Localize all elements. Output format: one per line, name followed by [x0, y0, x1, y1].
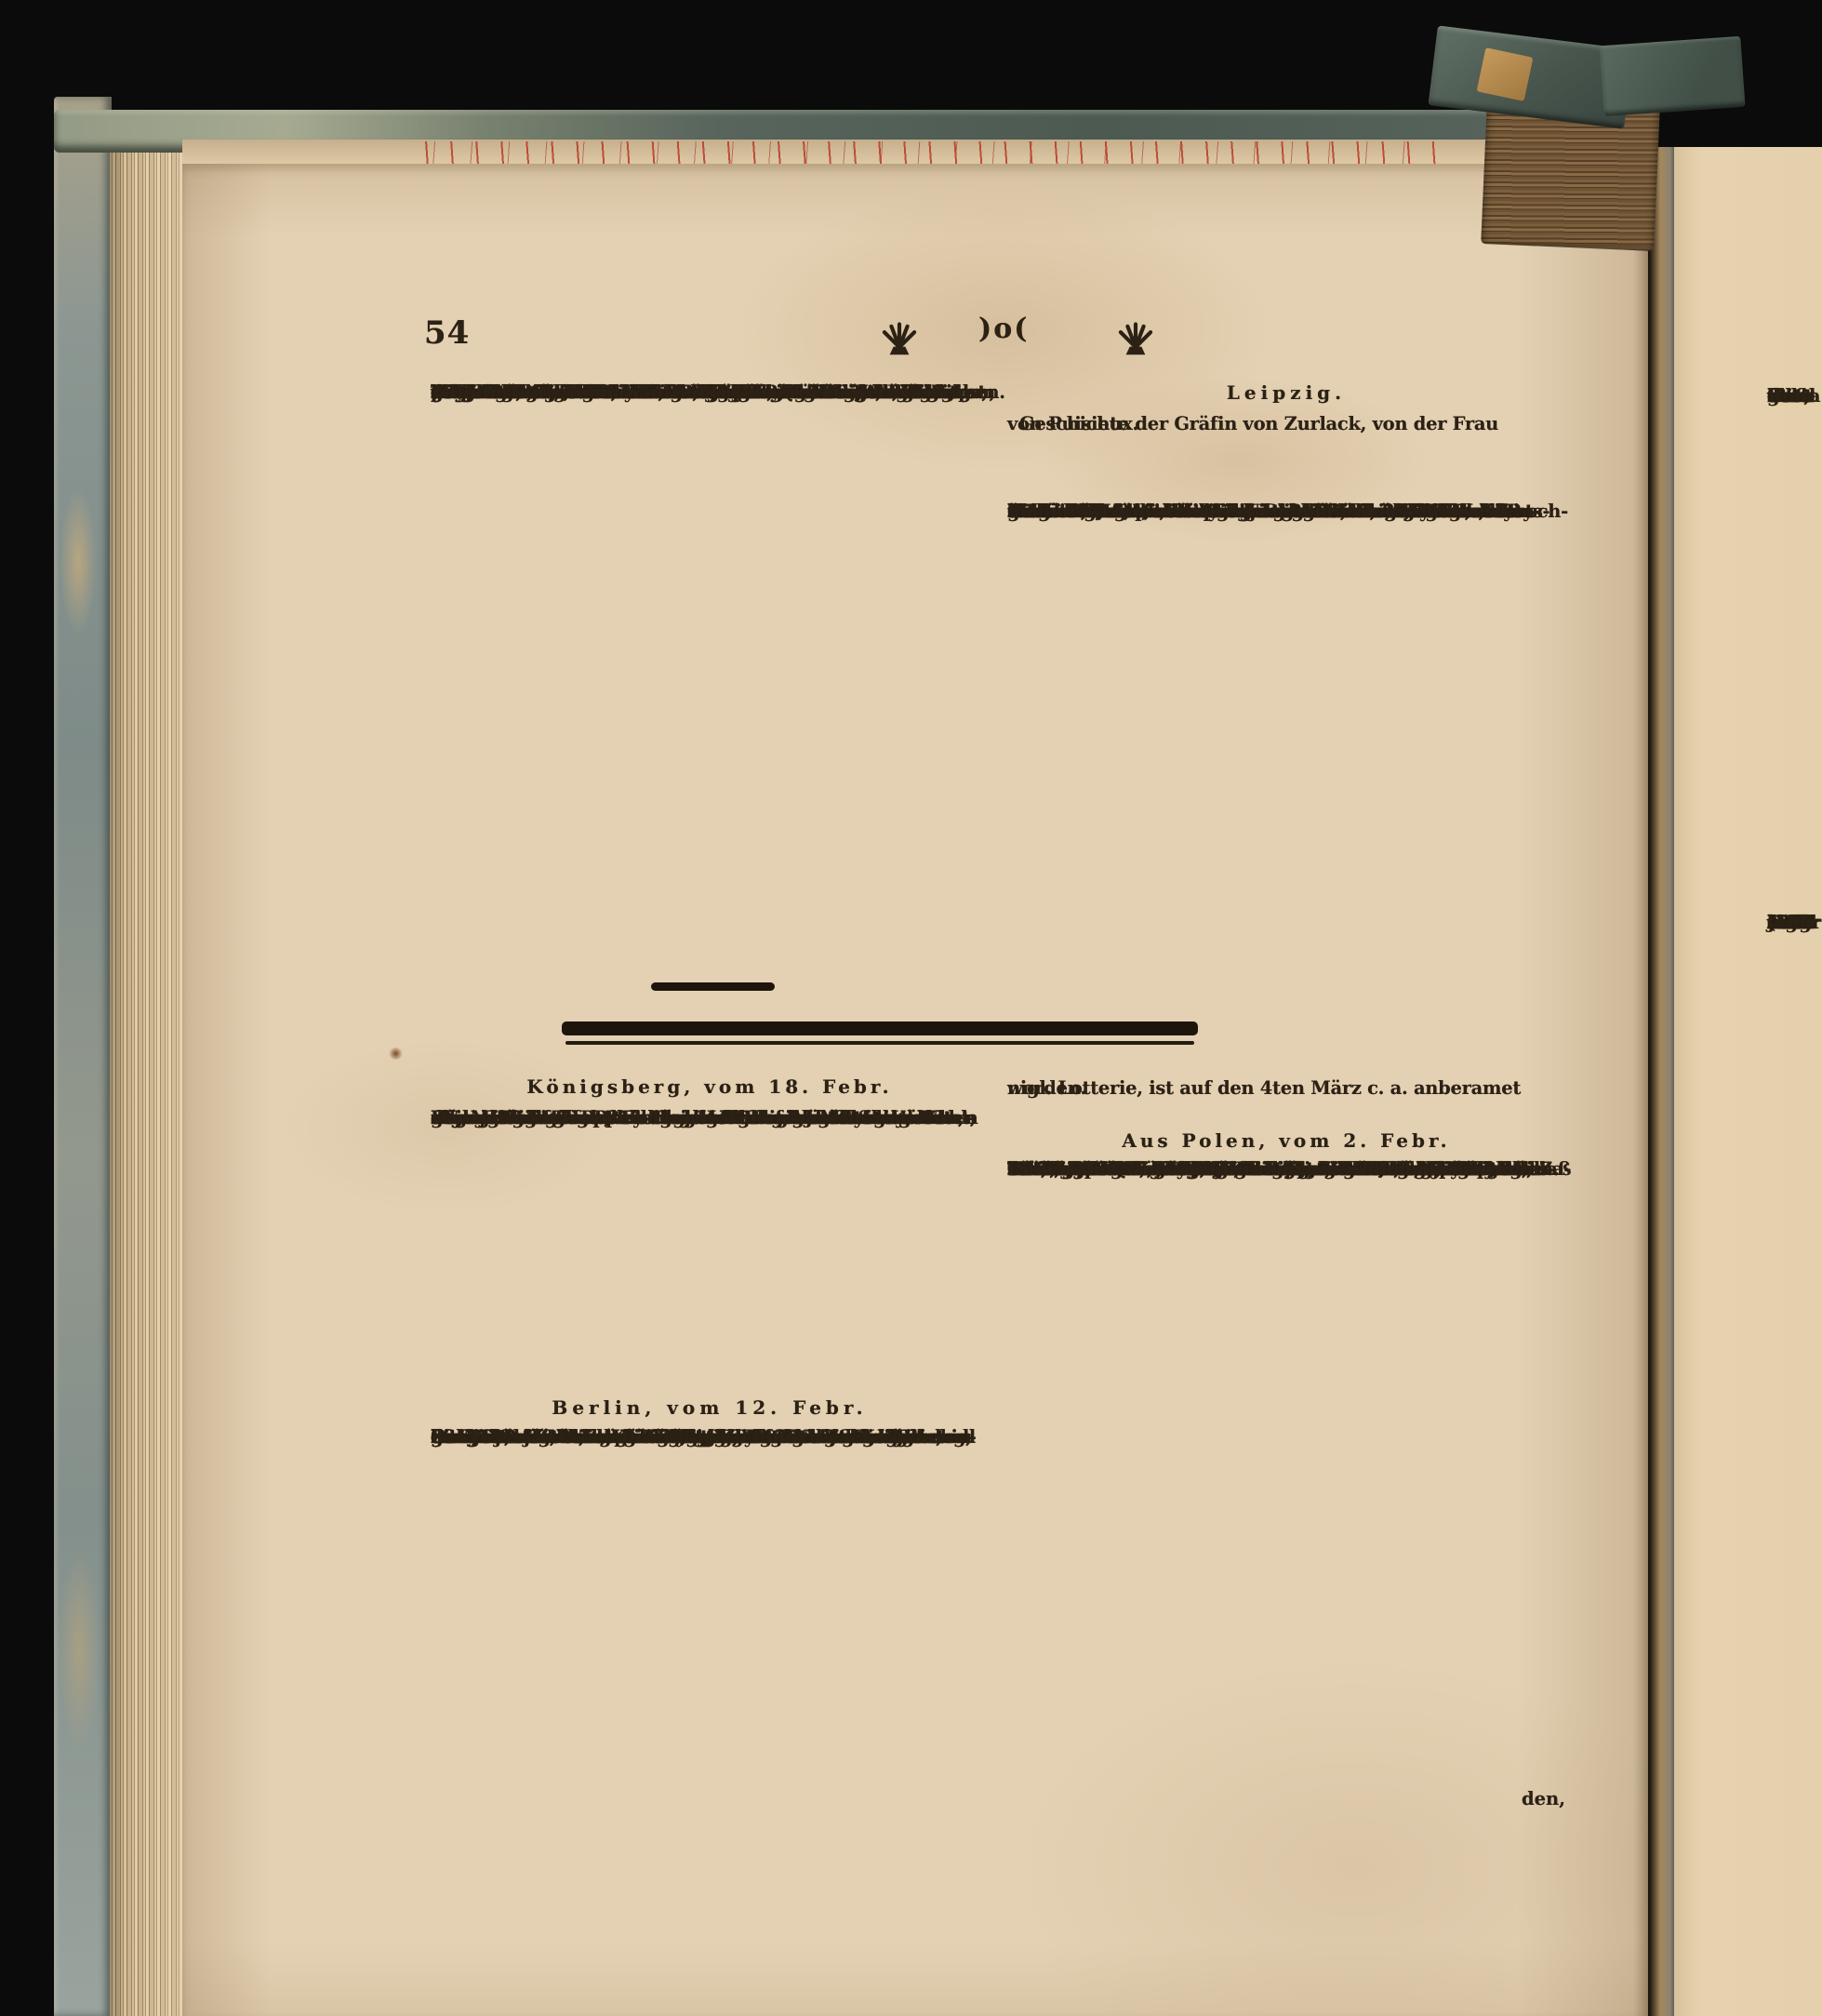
text-line: fang [1767, 910, 1812, 937]
heading-aus-polen: Aus Polen, vom 2. Febr. [1007, 1129, 1565, 1152]
heading-berlin: Berlin, vom 12. Febr. [431, 1396, 989, 1419]
scallop-ornament-icon [1114, 320, 1157, 357]
text-line: lichen Natur widersprechend gerathen sey… [1007, 499, 1522, 526]
text-line: von Puisieux. [1007, 411, 1138, 438]
cover-wear-patch [58, 1548, 100, 1753]
catchword: den, [1007, 1788, 1565, 1809]
text-line: 27 gr. [1007, 499, 1064, 526]
paper-stain [389, 1048, 403, 1060]
cover-board-corner [1477, 47, 1534, 101]
next-page-sliver [1674, 147, 1822, 2016]
text-line: Danzig die Kanonen von den Wallen abgebr… [431, 1105, 914, 1132]
cover-wear-patch [60, 487, 97, 636]
heading-leipzig: Leipzig. [1007, 381, 1565, 404]
text-line: worden. [1007, 1075, 1086, 1102]
text-line: Rußische Garnison in Krakau, sie wollen … [1007, 1156, 1540, 1183]
book-cover-left-edge [54, 97, 112, 2016]
book-scan-photo: 54 )o( Triebfedern des Wachsthums der Pä… [0, 0, 1822, 2016]
section-rule-thin [565, 1041, 1194, 1045]
text-line: 1 fl. [431, 380, 469, 407]
signature-mark: )o( [978, 313, 1029, 345]
heading-koenigsberg: Königsberg, vom 18. Febr. [431, 1075, 989, 1098]
scallop-ornament-icon [878, 320, 921, 357]
page-stack-left-edge [110, 117, 182, 2016]
text-line: 39. 46. 2. 30. 45. Die 120te Ziehung die… [431, 1424, 911, 1451]
text-line: Friedfertigkeit und Sanftmuth zu verheel… [431, 380, 958, 407]
text-line: Ruß [1767, 383, 1808, 410]
section-rule-thick [562, 1021, 1198, 1035]
page-number: 54 [424, 314, 470, 352]
section-rule-short [651, 982, 775, 991]
book-cover-fragment [1600, 36, 1746, 116]
